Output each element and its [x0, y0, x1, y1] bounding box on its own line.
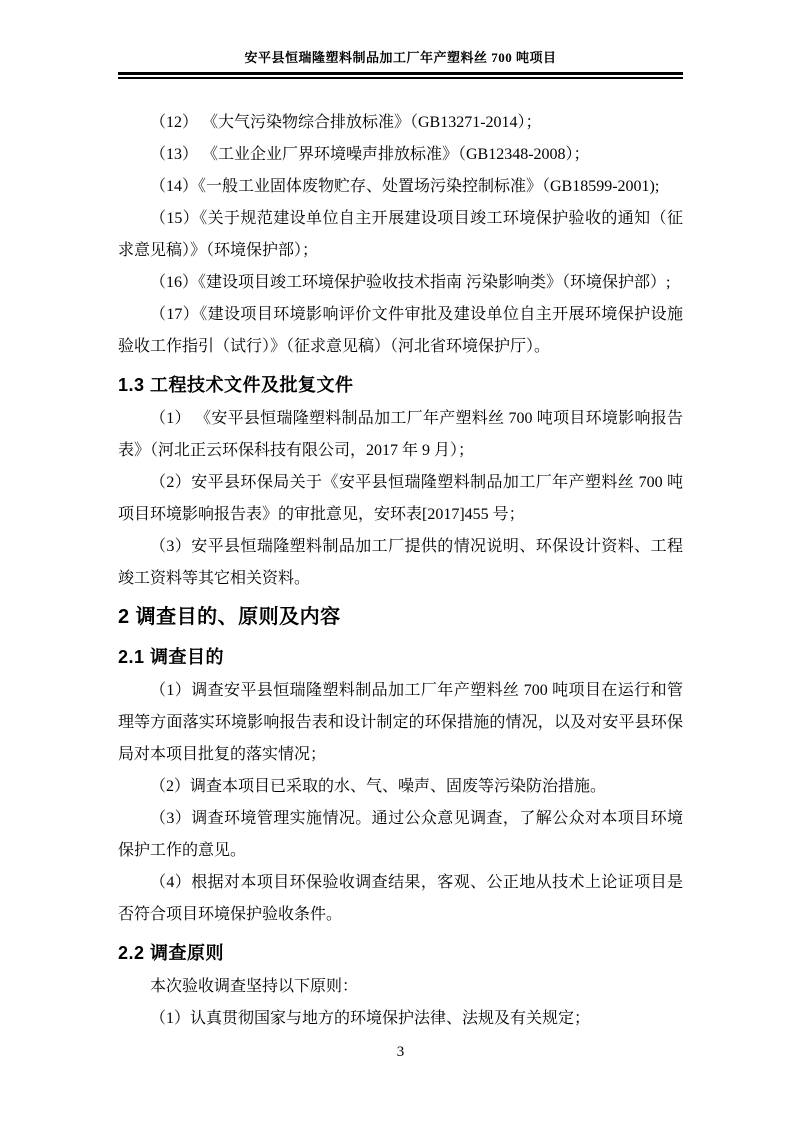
section-2-1-item-2: （2）调查本项目已采取的水、气、噪声、固废等污染防治措施。 [118, 771, 683, 803]
reference-item-17: （17）《建设项目环境影响评价文件审批及建设单位自主开展环境保护设施验收工作指引… [118, 299, 683, 363]
page-header: 安平县恒瑞隆塑料制品加工厂年产塑料丝 700 吨项目 [118, 48, 683, 79]
page-number: 3 [118, 1037, 683, 1067]
section-2-2-item-1: （1）认真贯彻国家与地方的环境保护法律、法规及有关规定； [118, 1003, 683, 1035]
section-1-3-item-2: （2）安平县环保局关于《安平县恒瑞隆塑料制品加工厂年产塑料丝 700 吨项目环境… [118, 467, 683, 531]
document-body: （12） 《大气污染物综合排放标准》（GB13271-2014）； （13） 《… [118, 107, 683, 1067]
section-heading-2-2: 2.2 调查原则 [118, 936, 683, 970]
section-1-3-item-1: （1） 《安平县恒瑞隆塑料制品加工厂年产塑料丝 700 吨项目环境影响报告表》（… [118, 403, 683, 467]
section-heading-1-3: 1.3 工程技术文件及批复文件 [118, 368, 683, 402]
section-heading-2-1: 2.1 调查目的 [118, 640, 683, 674]
section-2-1-item-4: （4）根据对本项目环保验收调查结果，客观、公正地从技术上论证项目是否符合项目环境… [118, 867, 683, 931]
section-heading-2: 2 调查目的、原则及内容 [118, 599, 683, 635]
section-2-1-item-3: （3）调查环境管理实施情况。通过公众意见调查，了解公众对本项目环境保护工作的意见… [118, 803, 683, 867]
document-page: 安平县恒瑞隆塑料制品加工厂年产塑料丝 700 吨项目 （12） 《大气污染物综合… [0, 0, 800, 1131]
reference-item-14: （14）《一般工业固体废物贮存、处置场污染控制标准》（GB18599-2001)… [118, 171, 683, 203]
reference-item-12: （12） 《大气污染物综合排放标准》（GB13271-2014）； [118, 107, 683, 139]
reference-item-15: （15）《关于规范建设单位自主开展建设项目竣工环境保护验收的通知（征求意见稿）》… [118, 203, 683, 267]
section-2-1-item-1: （1）调查安平县恒瑞隆塑料制品加工厂年产塑料丝 700 吨项目在运行和管理等方面… [118, 675, 683, 771]
reference-item-13: （13） 《工业企业厂界环境噪声排放标准》（GB12348-2008）； [118, 139, 683, 171]
section-1-3-item-3: （3）安平县恒瑞隆塑料制品加工厂提供的情况说明、环保设计资料、工程竣工资料等其它… [118, 531, 683, 595]
section-2-2-intro: 本次验收调查坚持以下原则： [118, 971, 683, 1003]
header-double-rule [118, 72, 683, 79]
reference-item-16: （16）《建设项目竣工环境保护验收技术指南 污染影响类》（环境保护部）; [118, 267, 683, 299]
header-title: 安平县恒瑞隆塑料制品加工厂年产塑料丝 700 吨项目 [118, 48, 683, 68]
